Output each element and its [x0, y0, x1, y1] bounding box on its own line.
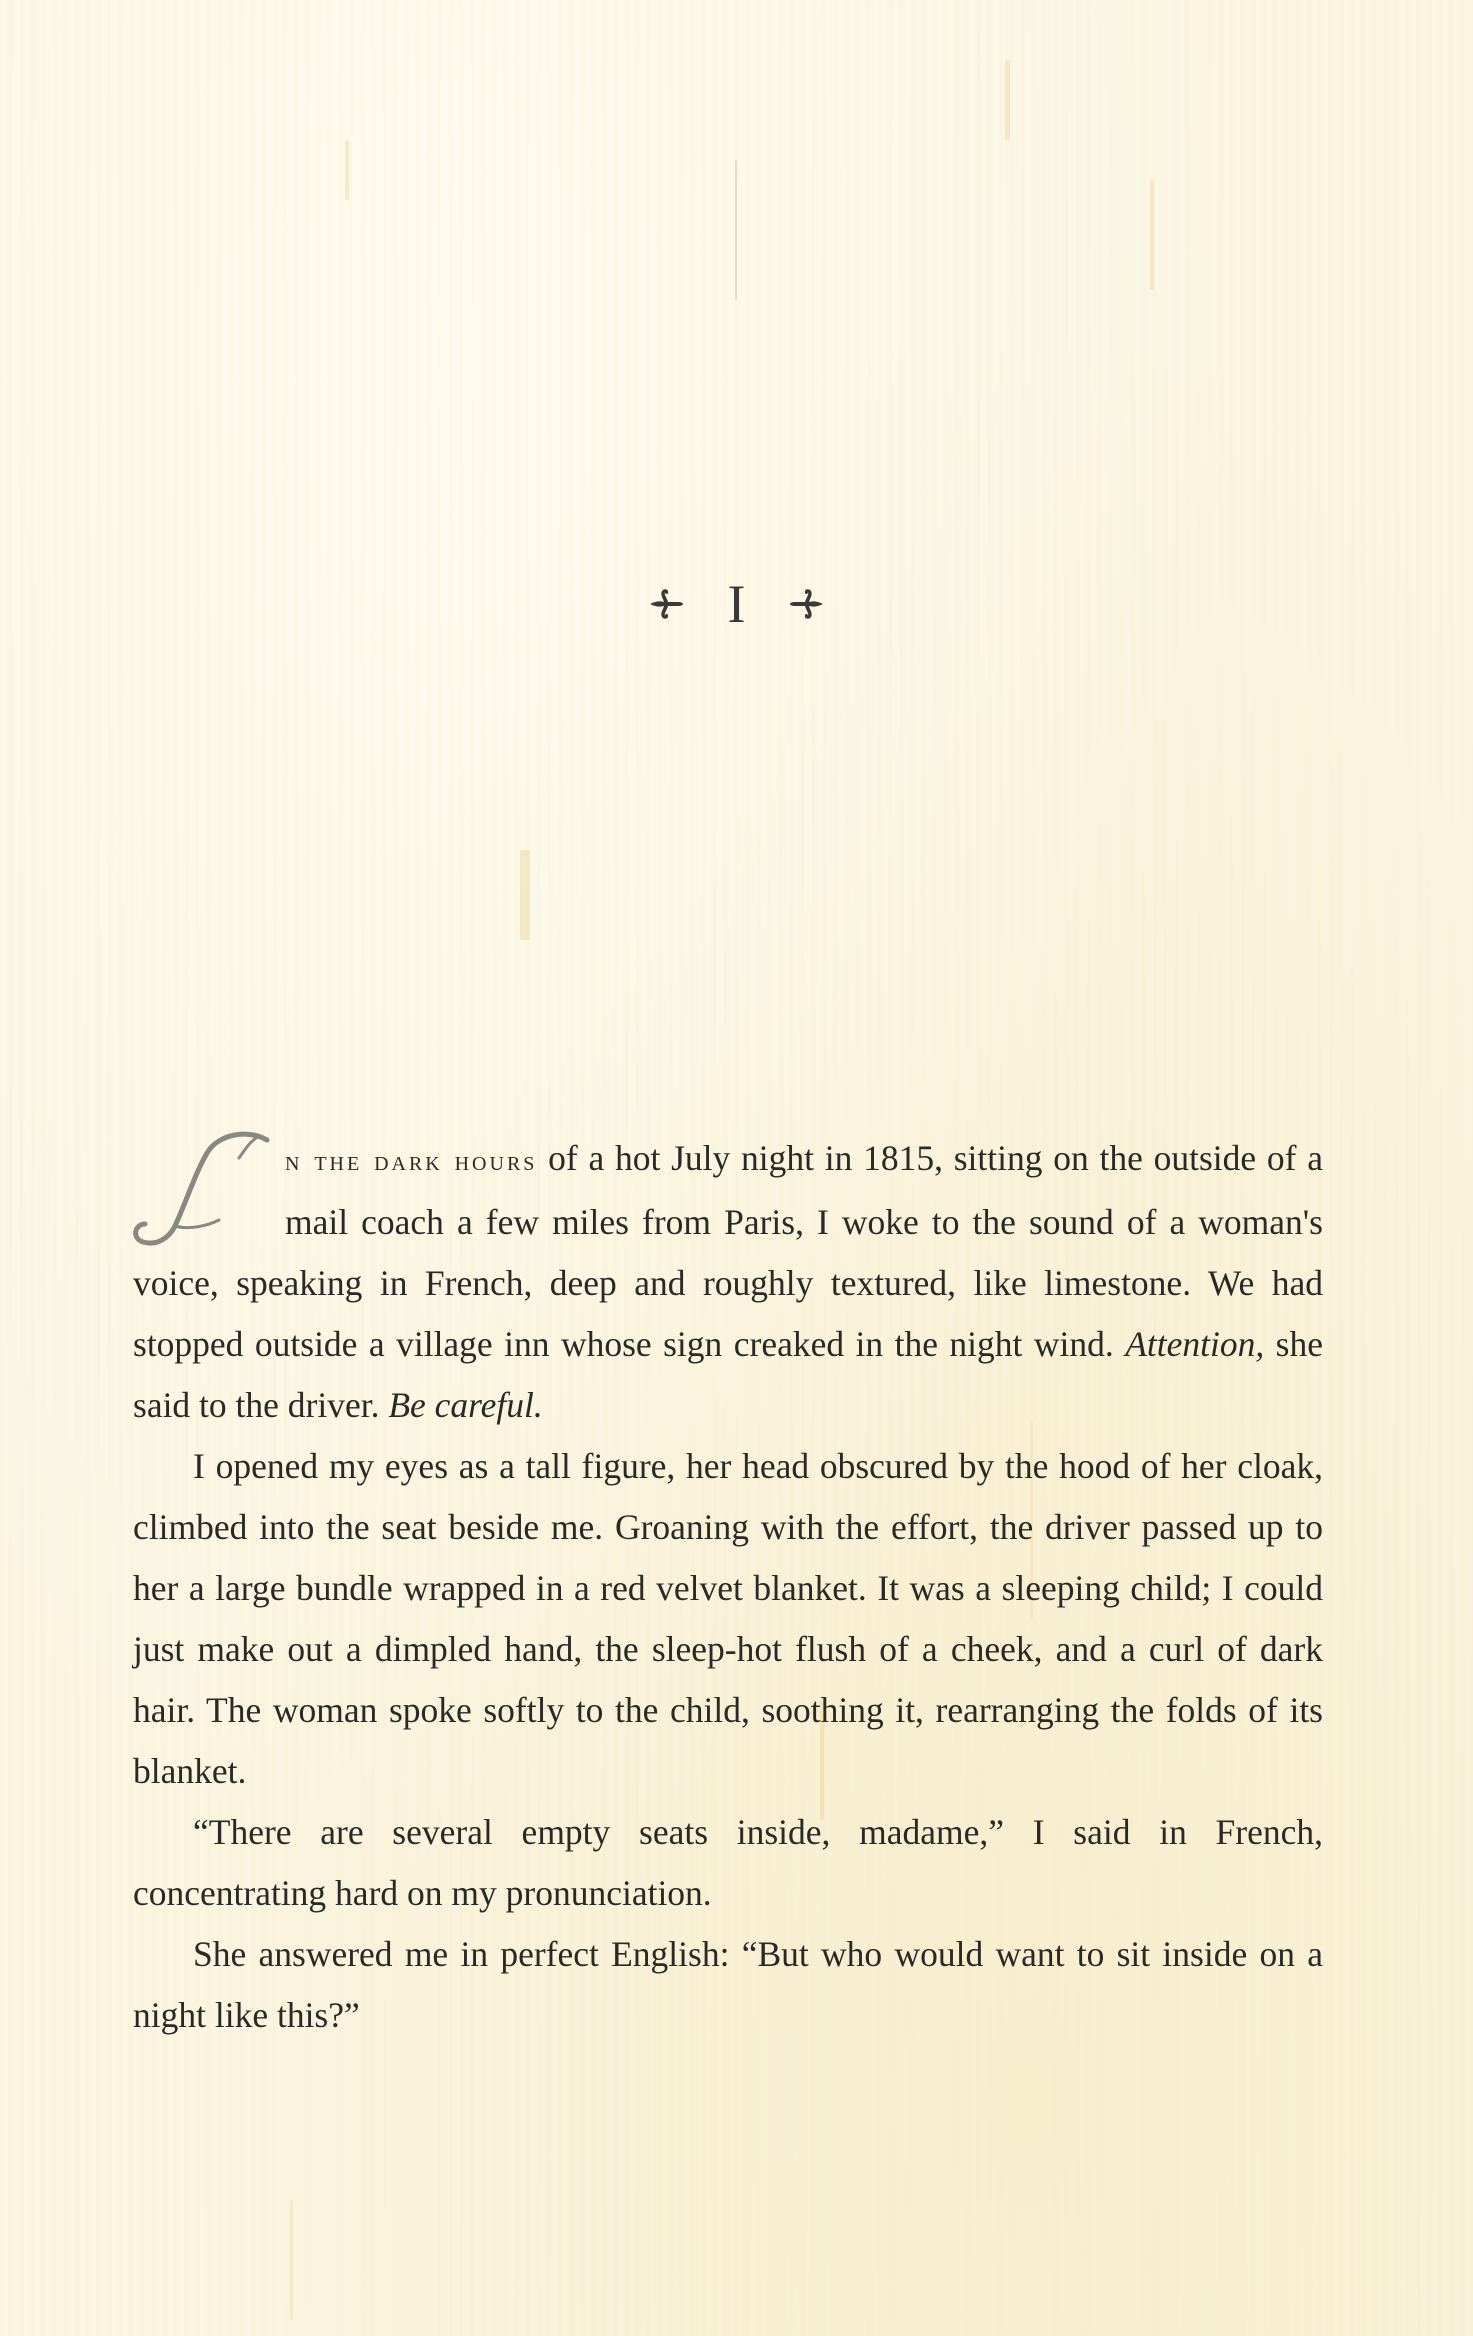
paper-fleck: [1150, 180, 1154, 290]
paper-fleck: [290, 2200, 293, 2320]
dropcap-letter: [127, 1130, 277, 1252]
fleuron-icon: [789, 584, 825, 624]
italic-text: Attention,: [1125, 1324, 1264, 1364]
chapter-number: I: [728, 574, 746, 634]
italic-text: Be careful.: [388, 1385, 542, 1425]
paper-fleck: [345, 140, 349, 200]
paper-fleck: [520, 850, 530, 940]
paper-fleck: [1005, 60, 1010, 140]
paragraph-3: “There are several empty seats inside, m…: [133, 1802, 1323, 1924]
lead-in-smallcaps: n the dark hours: [285, 1146, 537, 1177]
fleuron-icon: [648, 584, 684, 624]
paragraph-4: She answered me in perfect English: “But…: [133, 1924, 1323, 2046]
paragraph-1: n the dark hours of a hot July night in …: [133, 1128, 1323, 1436]
chapter-heading: I: [0, 574, 1473, 634]
paragraph-2: I opened my eyes as a tall figure, her h…: [133, 1436, 1323, 1802]
paper-fleck: [735, 160, 737, 300]
chapter-body: n the dark hours of a hot July night in …: [133, 1128, 1323, 2046]
